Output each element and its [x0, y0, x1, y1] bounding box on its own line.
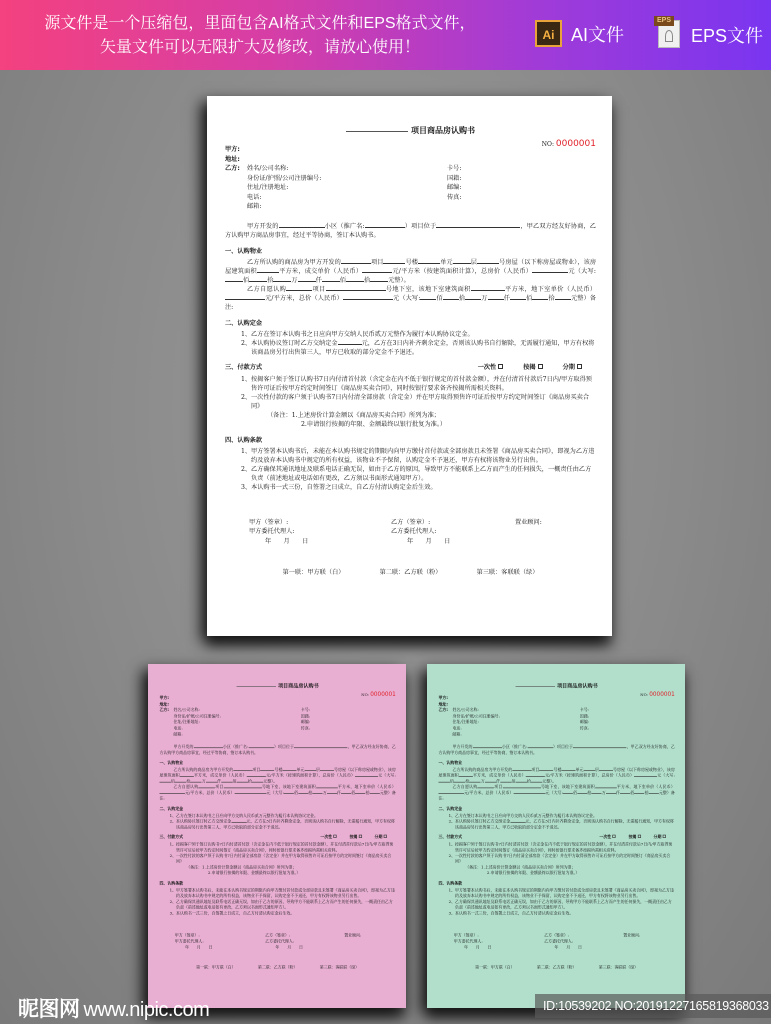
banner-line-1: 源文件是一个压缩包，里面包含AI格式文件和EPS格式文件， [40, 12, 480, 36]
ai-file-label: AI文件 [571, 21, 624, 47]
doc-number: NO: 0000001 [640, 692, 675, 698]
option-mortgage[interactable]: 按揭 [628, 834, 640, 840]
subscription-form: 项目商品房认购书 NO: 0000001 甲方: 地址: 乙方:姓名/公司名称:… [207, 96, 612, 636]
option-lump-sum[interactable]: 一次性 [478, 363, 504, 372]
checkbox-icon[interactable] [334, 835, 337, 838]
party-section: 甲方: 地址: 乙方:姓名/公司名称:卡号: 身份证/护照/公司注册编号:国籍:… [159, 695, 395, 737]
payment-method-row: 三、付款方式 一次性 按揭 分期 [225, 363, 596, 372]
section-4-items: 1、甲方签署本认购书后，未能在本认购书规定的期限内向甲方缴付首付款或全部房款且未… [225, 447, 596, 492]
section-3-items: 1、按揭客户须于签订认购书7日内付清首付款（含定金在内不低于银行规定的首付款金额… [159, 841, 395, 875]
option-mortgage[interactable]: 按揭 [349, 834, 361, 840]
checkbox-icon[interactable] [577, 364, 582, 369]
checkbox-icon[interactable] [384, 835, 387, 838]
checkbox-icon[interactable] [538, 364, 543, 369]
option-installment[interactable]: 分期 [563, 363, 582, 372]
section-3-items: 1、按揭客户须于签订认购书7日内付清首付款（含定金在内不低于银行规定的首付款金额… [438, 841, 674, 875]
eps-file-badge: EPS EPS文件 [652, 20, 763, 50]
party-section: 甲方: 地址: 乙方:姓名/公司名称:卡号: 身份证/护照/公司注册编号:国籍:… [225, 145, 596, 212]
document-green-copy: 项目商品房认购书 NO: 0000001 甲方: 地址: 乙方:姓名/公司名称:… [427, 664, 685, 1008]
section-1-para-2: 乙方自愿认购项目号地下室，该地下室建筑面积平方米，地下室单价（人民币）元/平方米… [225, 285, 596, 312]
option-installment[interactable]: 分期 [654, 834, 666, 840]
checkbox-icon[interactable] [613, 835, 616, 838]
section-3-title: 三、付款方式 [225, 363, 262, 372]
doc-title: 项目商品房认购书 [159, 683, 395, 689]
payment-method-row: 三、付款方式 一次性 按揭 分期 [438, 834, 674, 840]
checkbox-icon[interactable] [638, 835, 641, 838]
section-1-title: 一、认购物业 [159, 760, 395, 766]
banner-line-2: 矢量文件可以无限扩大及修改，请放心使用！ [40, 36, 480, 60]
section-1-para-2: 乙方自愿认购项目号地下室，该地下室建筑面积平方米，地下室单价（人民币）元/平方米… [438, 784, 674, 801]
doc-number: NO: 0000001 [361, 692, 396, 698]
party-section: 甲方: 地址: 乙方:姓名/公司名称:卡号: 身份证/护照/公司注册编号:国籍:… [438, 695, 674, 737]
section-3-title: 三、付款方式 [438, 834, 462, 840]
section-2-title: 二、认购定金 [225, 319, 596, 328]
option-mortgage[interactable]: 按揭 [523, 363, 542, 372]
ai-file-badge: Ai AI文件 [535, 20, 624, 47]
intro-paragraph: 甲方开发的小区（推广名:）项目位于，甲乙双方经友好协商，乙方认购甲方商品房事宜，… [159, 744, 395, 755]
document-pink-copy: 项目商品房认购书 NO: 0000001 甲方: 地址: 乙方:姓名/公司名称:… [148, 664, 406, 1008]
section-2-title: 二、认购定金 [438, 806, 674, 812]
document-white-copy: 项目商品房认购书 NO: 0000001 甲方: 地址: 乙方:姓名/公司名称:… [207, 96, 612, 636]
section-2-items: 1、乙方在签订本认购书之日应向甲方交纳人民币贰万元整作为履行本认购协议定金。 2… [225, 330, 596, 357]
section-1-para-1: 乙方所认购的商品房为甲方开发的项目号楼单元层号房屋（以下称房屋或物业），该房屋建… [159, 767, 395, 784]
promo-banner: 源文件是一个压缩包，里面包含AI格式文件和EPS格式文件， 矢量文件可以无限扩大… [0, 0, 771, 70]
option-lump-sum[interactable]: 一次性 [599, 834, 615, 840]
checkbox-icon[interactable] [498, 364, 503, 369]
option-installment[interactable]: 分期 [375, 834, 387, 840]
doc-title: 项目商品房认购书 [225, 126, 596, 135]
copy-labels: 第一联：甲方联（白） 第二联：乙方联（粉） 第三联：客联联（绿） [438, 964, 674, 970]
payment-method-row: 三、付款方式 一次性 按揭 分期 [159, 834, 395, 840]
subscription-form: 项目商品房认购书 NO: 0000001 甲方: 地址: 乙方:姓名/公司名称:… [427, 664, 685, 1008]
watermark-site: www.nipic.com [84, 999, 210, 1021]
banner-text: 源文件是一个压缩包，里面包含AI格式文件和EPS格式文件， 矢量文件可以无限扩大… [40, 12, 480, 60]
watermark-logo: 昵图网 [18, 998, 80, 1021]
section-4-items: 1、甲方签署本认购书后，未能在本认购书规定的期限内向甲方缴付首付款或全部房款且未… [159, 887, 395, 916]
option-lump-sum[interactable]: 一次性 [320, 834, 336, 840]
checkbox-icon[interactable] [663, 835, 666, 838]
signature-block: 甲方（签章）: 甲方委托代理人: 年 月 日 乙方（签章）: 乙方委托代理人: … [225, 518, 596, 554]
section-1-para-1: 乙方所认购的商品房为甲方开发的项目号楼单元层号房屋（以下称房屋或物业），该房屋建… [438, 767, 674, 784]
checkbox-icon[interactable] [359, 835, 362, 838]
signature-block: 甲方（签章）: 甲方委托代理人: 年 月 日 乙方（签章）: 乙方委托代理人: … [159, 932, 395, 955]
watermark-id: ID:10539202 NO:20191227165819368033 [535, 994, 771, 1018]
section-4-title: 四、认购条款 [225, 436, 596, 445]
section-4-title: 四、认购条款 [159, 880, 395, 886]
section-1-title: 一、认购物业 [438, 760, 674, 766]
doc-number: NO: 0000001 [542, 140, 596, 149]
section-2-title: 二、认购定金 [159, 806, 395, 812]
section-3-title: 三、付款方式 [159, 834, 183, 840]
eps-file-icon: EPS [652, 16, 682, 50]
copy-labels: 第一联：甲方联（白） 第二联：乙方联（粉） 第三联：客联联（绿） [159, 964, 395, 970]
section-4-title: 四、认购条款 [438, 880, 674, 886]
eps-file-label: EPS文件 [691, 22, 763, 48]
subscription-form: 项目商品房认购书 NO: 0000001 甲方: 地址: 乙方:姓名/公司名称:… [148, 664, 406, 1008]
section-2-items: 1、乙方在签订本认购书之日应向甲方交纳人民币贰万元整作为履行本认购协议定金。 2… [159, 813, 395, 830]
intro-paragraph: 甲方开发的小区（推广名:）项目位于，甲乙双方经友好协商，乙方认购甲方商品房事宜，… [225, 222, 596, 240]
section-1-title: 一、认购物业 [225, 247, 596, 256]
doc-title: 项目商品房认购书 [438, 683, 674, 689]
section-1-para-2: 乙方自愿认购项目号地下室，该地下室建筑面积平方米，地下室单价（人民币）元/平方米… [159, 784, 395, 801]
nipic-watermark: 昵图网www.nipic.com [18, 993, 209, 1023]
section-4-items: 1、甲方签署本认购书后，未能在本认购书规定的期限内向甲方缴付首付款或全部房款且未… [438, 887, 674, 916]
section-1-para-1: 乙方所认购的商品房为甲方开发的项目号楼单元层号房屋（以下称房屋或物业），该房屋建… [225, 258, 596, 285]
section-3-items: 1、按揭客户须于签订认购书7日内付清首付款（含定金在内不低于银行规定的首付款金额… [225, 375, 596, 429]
ai-file-icon: Ai [535, 20, 562, 47]
intro-paragraph: 甲方开发的小区（推广名:）项目位于，甲乙双方经友好协商，乙方认购甲方商品房事宜，… [438, 744, 674, 755]
section-2-items: 1、乙方在签订本认购书之日应向甲方交纳人民币贰万元整作为履行本认购协议定金。 2… [438, 813, 674, 830]
signature-block: 甲方（签章）: 甲方委托代理人: 年 月 日 乙方（签章）: 乙方委托代理人: … [438, 932, 674, 955]
copy-labels: 第一联：甲方联（白） 第二联：乙方联（粉） 第三联：客联联（绿） [225, 568, 596, 577]
